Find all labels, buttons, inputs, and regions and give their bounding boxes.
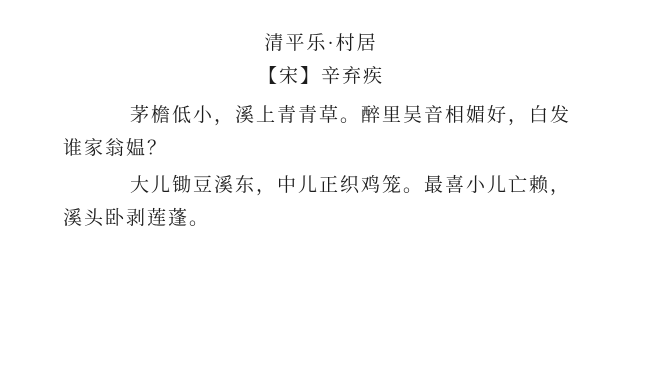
poem-header: 清平乐·村居 【宋】辛弃疾 — [0, 0, 642, 93]
poem-author: 【宋】辛弃疾 — [0, 60, 642, 93]
poem-page: 清平乐·村居 【宋】辛弃疾 茅檐低小，溪上青青草。醉里吴音相媚好，白发 谁家翁媪… — [0, 0, 668, 376]
poem-line: 大儿锄豆溪东，中儿正织鸡笼。最喜小儿亡赖， — [63, 169, 628, 202]
poem-body: 茅檐低小，溪上青青草。醉里吴音相媚好，白发 谁家翁媪？ 大儿锄豆溪东，中儿正织鸡… — [63, 99, 628, 235]
poem-title: 清平乐·村居 — [0, 27, 642, 60]
poem-line: 溪头卧剥莲蓬。 — [63, 202, 628, 235]
poem-line: 茅檐低小，溪上青青草。醉里吴音相媚好，白发 — [63, 99, 628, 132]
poem-line: 谁家翁媪？ — [63, 132, 628, 165]
